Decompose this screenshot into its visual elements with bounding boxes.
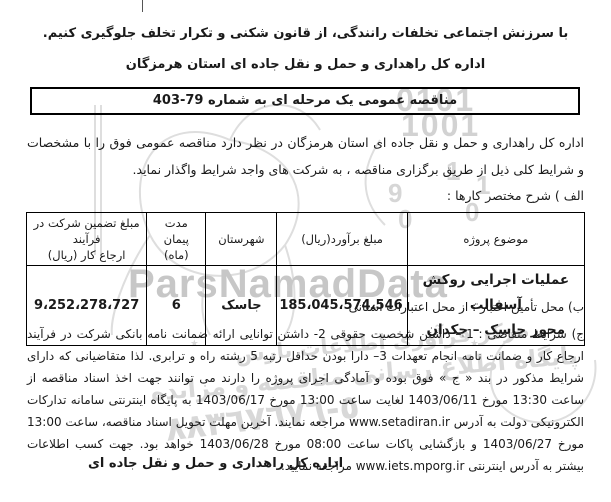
intro-paragraph: اداره کل راهداری و حمل و نقل جاده ای است… [27,129,584,183]
document-content: با سرزنش اجتماعی تخلفات رانندگی، از قانو… [0,0,611,502]
header-estimate: مبلغ برآورد(ریال) [277,213,407,266]
header-guarantee: مبلغ تضمین شرکت در فرآیند ارجاع کار (ریا… [27,213,147,266]
table-header-row: موضوع پروژه مبلغ برآورد(ریال) شهرستان مد… [27,213,585,266]
footer-signature: اداره کل راهداری و حمل و نقل جاده ای [88,456,343,471]
header-county: شهرستان [206,213,277,266]
section-b-funding-source: ب) محل تأمین اعتبار : از محل اعتبارات اس… [349,300,584,314]
header-duration-line1: مدت پیمان [151,215,201,247]
tender-title-text: مناقصه عمومی یک مرحله ای به شماره [208,93,457,108]
scan-artifact-mark [142,0,143,12]
iets-url: www.iets.mporg.ir [356,459,465,473]
header-duration: مدت پیمان (ماه) [147,213,206,266]
tender-document-page: 0101 1001 1 1 0 9 0 ParsNamadData مرکز ف… [0,0,611,502]
tender-number: 403-79 [153,93,204,108]
section-c-conditions-paragraph: ج) شرایط متقاضی : 1 – داشتن شخصیت حقوقی … [27,323,584,477]
setadiran-url: www.setadiran.ir [349,415,450,429]
guarantee-amount-value: 9،252،278،727 [34,298,139,313]
header-subject: موضوع پروژه [407,213,584,266]
traffic-slogan-line: با سرزنش اجتماعی تخلفات رانندگی، از قانو… [0,26,611,41]
header-guarantee-line1: مبلغ تضمین شرکت در فرآیند [31,215,142,247]
section-a-label: الف ) شرح مختصر کارها : [447,188,584,203]
header-guarantee-line2: ارجاع کار (ریال) [31,247,142,263]
organization-name: اداره کل راهداری و حمل و نقل جاده ای است… [0,57,611,72]
header-duration-line2: (ماه) [151,247,201,263]
tender-title-box: مناقصه عمومی یک مرحله ای به شماره 403-79 [30,87,580,115]
section-c-text-1: ج) شرایط متقاضی : 1 – داشتن شخصیت حقوقی … [27,327,584,429]
